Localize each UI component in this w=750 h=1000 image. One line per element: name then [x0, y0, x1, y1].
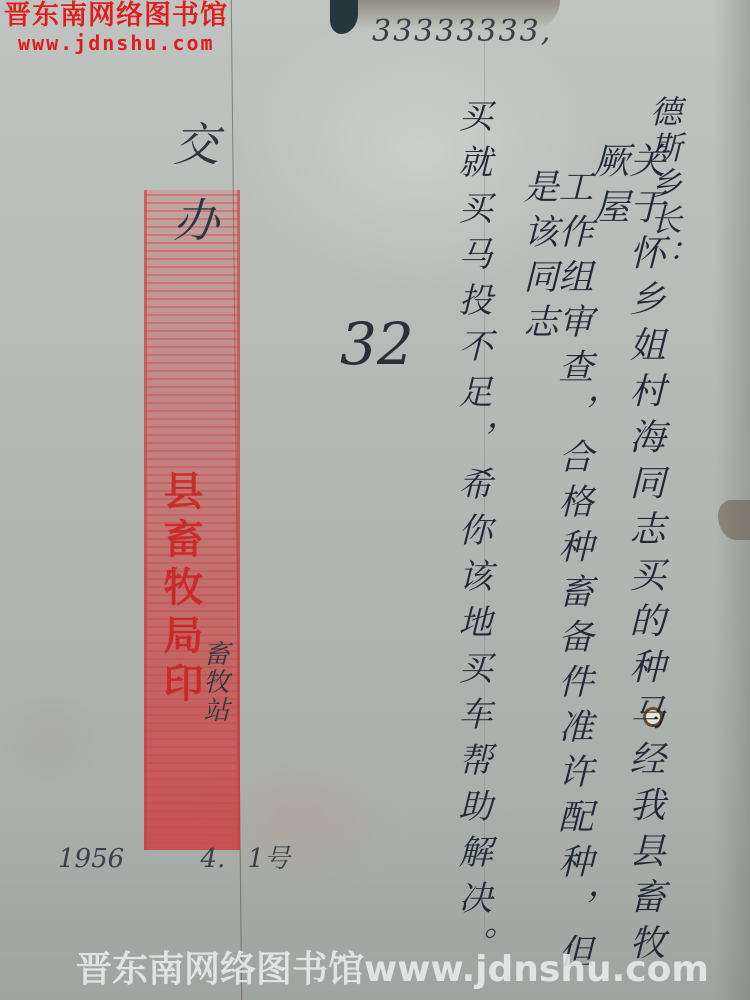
- date-number: 1号: [248, 838, 291, 875]
- seal-annotation: 畜牧站: [196, 640, 233, 724]
- watermark-bottom: 晋东南网络图书馆www.jdnshu.com: [76, 952, 709, 988]
- number-mark: 32: [340, 310, 414, 378]
- margin-annotation: 交办: [160, 120, 226, 272]
- watermark-title: 晋东南网络图书馆: [4, 2, 228, 29]
- date-line: 1956 4. 1号: [58, 838, 290, 875]
- date-year: 1956: [58, 844, 124, 874]
- body-column-2: 工作组审查，合格种畜备件准许配种，但是该同志: [520, 168, 590, 1000]
- watermark-top: 晋东南网络图书馆 www.jdnshu.com: [4, 2, 228, 53]
- serial-number: 33333333,: [372, 14, 552, 49]
- body-column-3: 买就买马投不足，希你该地买车帮助解决。: [455, 98, 489, 972]
- watermark-url: www.jdnshu.com: [4, 33, 228, 53]
- body-column-1: 关于怀乡姐村海同志买的种马经我县畜牧厥屋: [590, 142, 662, 1000]
- date-month: 4.: [200, 844, 225, 874]
